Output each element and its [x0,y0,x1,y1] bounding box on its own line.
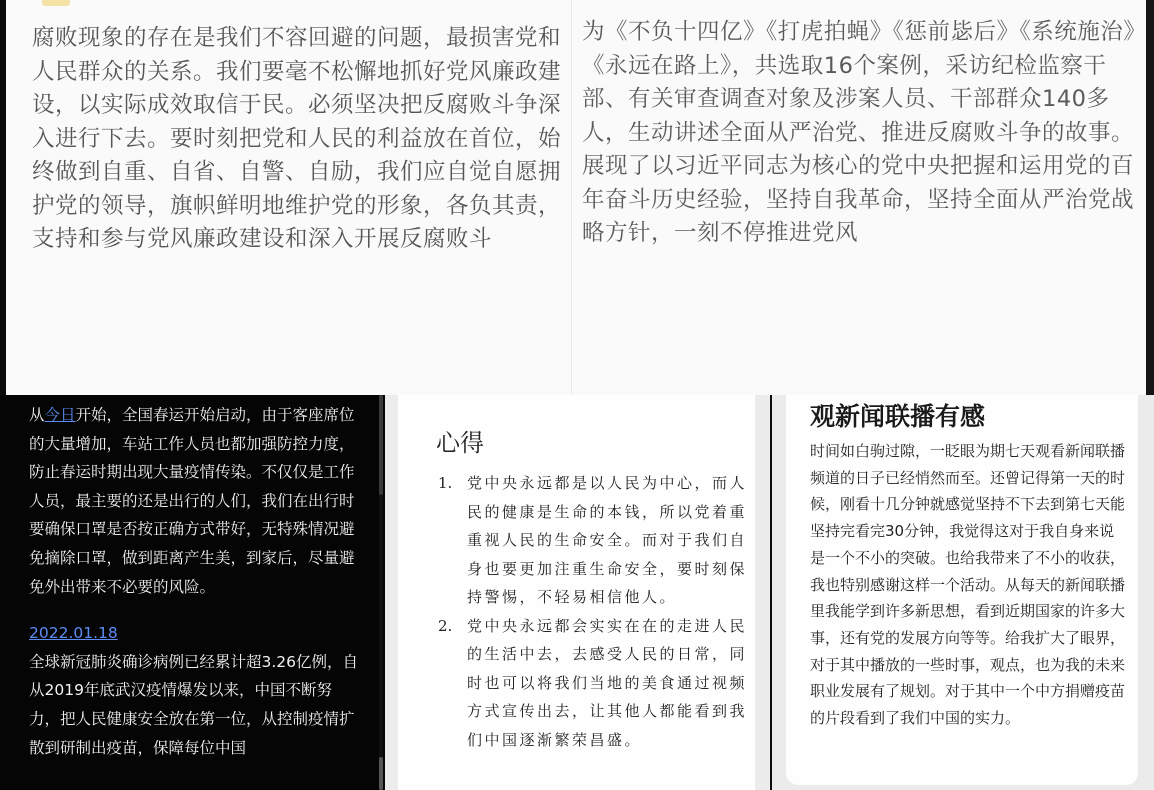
list-item: 2. 党中央永远都会实实在在的走进人民的生活中去，去感受人民的日常，同时也可以将… [438,612,748,755]
list-item-text: 党中央永远都是以人民为中心，而人民的健康是生命的本钱，所以党着重重视人民的生命安… [467,474,747,606]
reflections-list: 1. 党中央永远都是以人民为中心，而人民的健康是生命的本钱，所以党着重重视人民的… [438,469,748,754]
panel-documentary-description: 为《不负十四亿》《打虎拍蝇》《惩前毖后》《系统施治》《永远在路上》，共选取16个… [571,0,1154,395]
list-number: 1. [438,469,452,498]
scrollbar-thumb[interactable] [379,395,383,495]
diary-paragraph-1: 开始，全国春运开始启动，由于客座席位的大量增加，车站工作人员也都加强防控力度，防… [29,406,355,596]
list-item-text: 党中央永远都会实实在在的走进人民的生活中去，去感受人民的日常，同时也可以将我们当… [467,617,747,749]
panel-reflections: 心得 1. 党中央永远都是以人民为中心，而人民的健康是生命的本钱，所以党着重重视… [385,395,770,790]
date-link[interactable]: 2022.01.18 [29,619,359,648]
news-reflection-card: 观新闻联播有感 时间如白驹过隙，一眨眼为期七天观看新闻联播频道的日子已经悄然而至… [786,395,1138,785]
panel-dark-diary: 从今日开始，全国春运开始启动，由于客座席位的大量增加，车站工作人员也都加强防控力… [0,395,385,790]
documentary-paragraph-1: 为《不负十四亿》《打虎拍蝇》《惩前毖后》《系统施治》《永远在路上》，共选取16个… [582,16,1142,150]
list-item: 1. 党中央永远都是以人民为中心，而人民的健康是生命的本钱，所以党着重重视人民的… [438,469,748,612]
list-number: 2. [438,612,452,641]
scrollbar-thumb-secondary[interactable] [379,757,383,790]
reflections-title: 心得 [436,423,484,458]
diary-paragraph-2: 全球新冠肺炎确诊病例已经累计超3.26亿例，自从2019年底武汉疫情爆发以来，中… [29,653,358,757]
diary-prefix: 从 [29,406,45,424]
highlight-marker [42,0,70,6]
news-reflection-text: 时间如白驹过隙，一眨眼为期七天观看新闻联播频道的日子已经悄然而至。还曾记得第一天… [810,438,1128,732]
reflections-card: 心得 1. 党中央永远都是以人民为中心，而人民的健康是生命的本钱，所以党着重重视… [398,395,755,790]
panel-news-reflection: 观新闻联播有感 时间如白驹过隙，一眨眼为期七天观看新闻联播频道的日子已经悄然而至… [770,395,1154,790]
today-link[interactable]: 今日 [45,406,76,424]
essay-text: 腐败现象的存在是我们不容回避的问题，最损害党和人民群众的关系。我们要毫不松懈地抓… [32,22,567,257]
panel-anti-corruption-essay: 腐败现象的存在是我们不容回避的问题，最损害党和人民群众的关系。我们要毫不松懈地抓… [0,0,571,395]
documentary-paragraph-2: 展现了以习近平同志为核心的党中央把握和运用党的百年奋斗历史经验，坚持自我革命，坚… [582,150,1142,251]
watermark: com [1062,767,1092,783]
documentary-text: 为《不负十四亿》《打虎拍蝇》《惩前毖后》《系统施治》《永远在路上》，共选取16个… [582,16,1142,251]
diary-text: 从今日开始，全国春运开始启动，由于客座席位的大量增加，车站工作人员也都加强防控力… [29,401,359,762]
news-reflection-title: 观新闻联播有感 [810,397,985,433]
